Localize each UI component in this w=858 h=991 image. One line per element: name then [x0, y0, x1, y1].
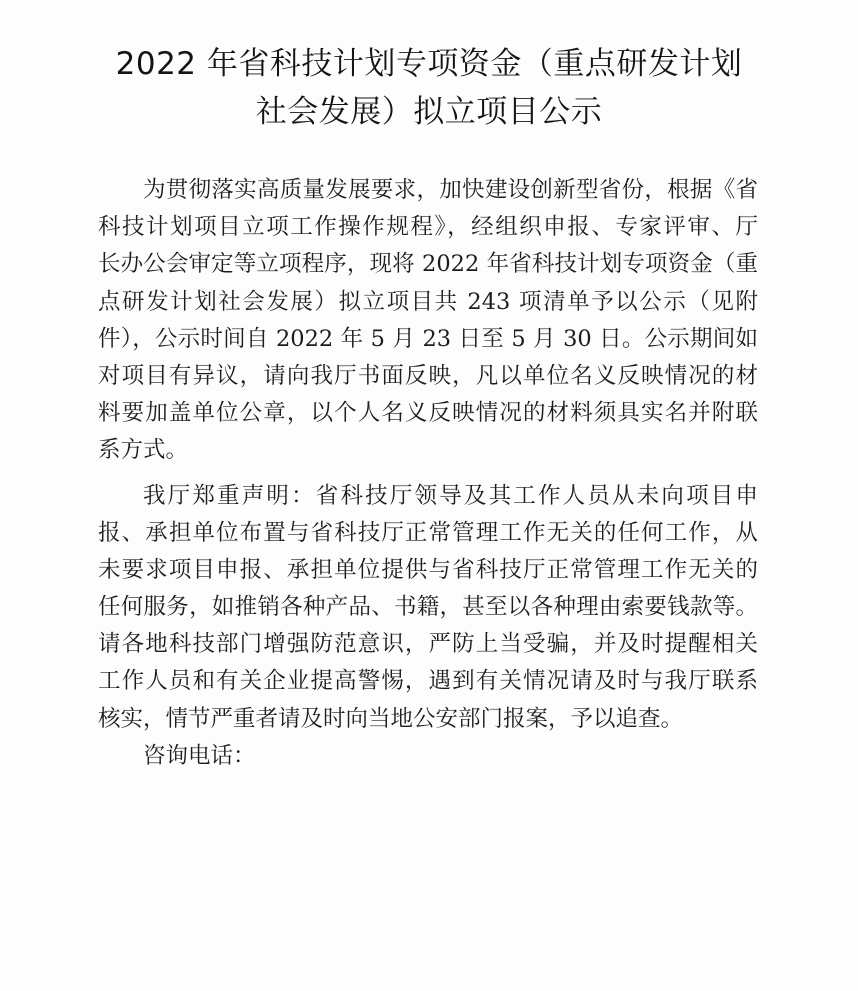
- text-line: 任何服务，如推销各种产品、书籍，甚至以各种理由索要钱款等。: [98, 589, 758, 626]
- text-line: 系方式。: [98, 432, 758, 469]
- text-line: 长办公会审定等立项程序，现将 2022 年省科技计划专项资金（重: [98, 246, 758, 283]
- document-body: 为贯彻落实高质量发展要求，加快建设创新型省份，根据《省 科技计划项目立项工作操作…: [98, 172, 758, 775]
- text-line: 我厅郑重声明：省科技厅领导及其工作人员从未向项目申: [98, 478, 758, 515]
- paragraph-statement: 我厅郑重声明：省科技厅领导及其工作人员从未向项目申 报、承担单位布置与省科技厅正…: [98, 478, 758, 738]
- text-line: 未要求项目申报、承担单位提供与省科技厅正常管理工作无关的: [98, 552, 758, 589]
- text-line: 对项目有异议，请向我厅书面反映，凡以单位名义反映情况的材: [98, 358, 758, 395]
- title-line-1: 2022 年省科技计划专项资金（重点研发计划: [60, 40, 798, 88]
- text-line: 料要加盖单位公章，以个人名义反映情况的材料须具实名并附联: [98, 395, 758, 432]
- document-page: 2022 年省科技计划专项资金（重点研发计划 社会发展）拟立项目公示 为贯彻落实…: [0, 0, 858, 991]
- text-line: 为贯彻落实高质量发展要求，加快建设创新型省份，根据《省: [98, 172, 758, 209]
- text-line: 报、承担单位布置与省科技厅正常管理工作无关的任何工作，从: [98, 515, 758, 552]
- paragraph-announcement: 为贯彻落实高质量发展要求，加快建设创新型省份，根据《省 科技计划项目立项工作操作…: [98, 172, 758, 470]
- text-line: 请各地科技部门增强防范意识，严防上当受骗，并及时提醒相关: [98, 626, 758, 663]
- document-title: 2022 年省科技计划专项资金（重点研发计划 社会发展）拟立项目公示: [60, 40, 798, 136]
- text-line: 件），公示时间自 2022 年 5 月 23 日至 5 月 30 日。公示期间如: [98, 321, 758, 358]
- text-line: 核实，情节严重者请及时向当地公安部门报案，予以追查。: [98, 701, 758, 738]
- text-line: 工作人员和有关企业提高警惕，遇到有关情况请及时与我厅联系: [98, 663, 758, 700]
- title-line-2: 社会发展）拟立项目公示: [60, 88, 798, 136]
- contact-phone-label: 咨询电话：: [98, 738, 758, 775]
- text-line: 科技计划项目立项工作操作规程》，经组织申报、专家评审、厅: [98, 209, 758, 246]
- text-line: 点研发计划社会发展）拟立项目共 243 项清单予以公示（见附: [98, 284, 758, 321]
- paragraph-spacer: [98, 470, 758, 478]
- paragraph-contact: 咨询电话：: [98, 738, 758, 775]
